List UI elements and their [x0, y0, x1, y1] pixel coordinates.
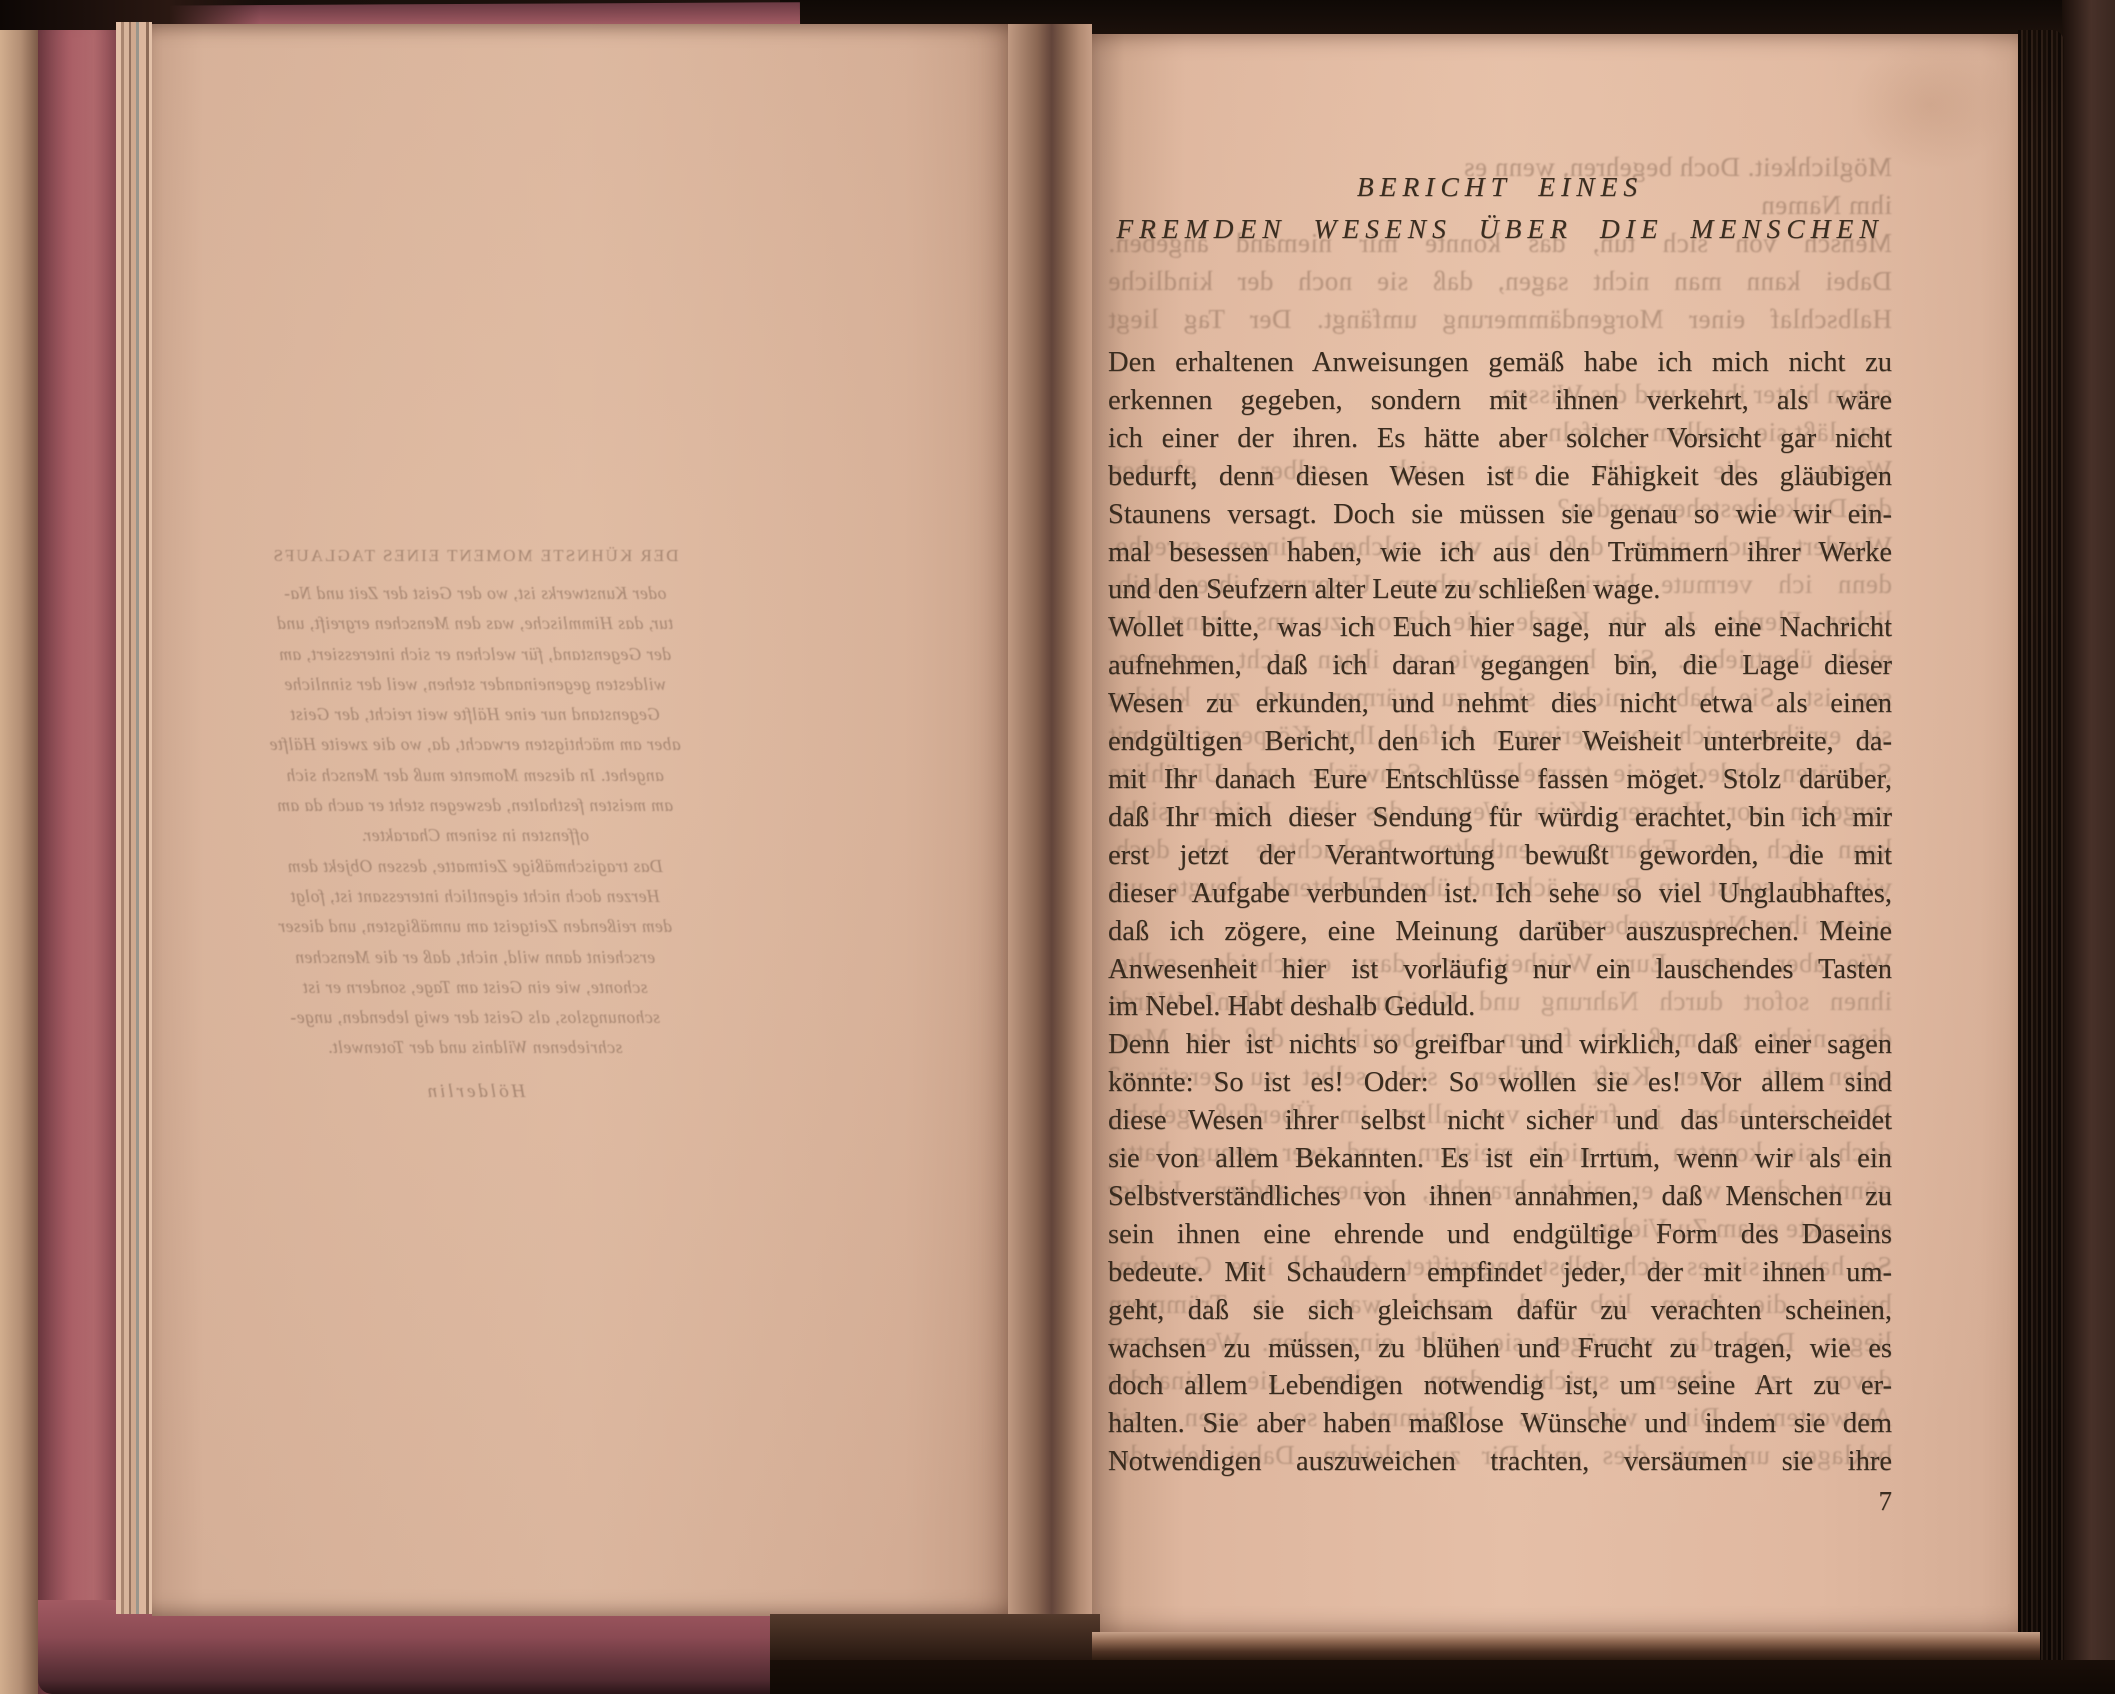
body-line: aufnehmen, daß ich daran gegangen bin, d… — [1108, 647, 1892, 685]
left-page — [152, 24, 1008, 1616]
body-line: endgültigen Bericht, den ich Eurer Weish… — [1108, 723, 1892, 761]
body-line: wachsen zu müssen, zu blühen und Frucht … — [1108, 1330, 1892, 1368]
paper-stain — [1850, 40, 2010, 170]
chapter-title-line-2: FREMDEN WESENS ÜBER DIE MENSCHEN — [1108, 208, 1892, 250]
body-line: halten. Sie aber haben maßlose Wünsche u… — [1108, 1405, 1892, 1443]
body-line: daß Ihr mich dieser Sendung für würdig e… — [1108, 799, 1892, 837]
page-edge-stack-left — [116, 22, 152, 1614]
body-line: mal besessen haben, wie ich aus den Trüm… — [1108, 534, 1892, 572]
body-line: doch allem Lebendigen notwendig ist, um … — [1108, 1367, 1892, 1405]
body-line: daß ich zögere, eine Meinung darüber aus… — [1108, 913, 1892, 951]
body-line: erkennen gegeben, sondern mit ihnen verk… — [1108, 382, 1892, 420]
body-line: Wesen zu erkunden, und nehmt dies nicht … — [1108, 685, 1892, 723]
body-line: mit Ihr danach Eure Entschlüsse fassen m… — [1108, 761, 1892, 799]
book-spread-photo: DER KÜHNSTE MOMENT EINES TAGLAUFS oder K… — [0, 0, 2115, 1694]
body-line: könnte: So ist es! Oder: So wollen sie e… — [1108, 1064, 1892, 1102]
page-number: 7 — [1108, 1486, 1892, 1517]
body-line: bedurft, denn diesen Wesen ist die Fähig… — [1108, 458, 1892, 496]
bottom-shadow — [770, 1660, 2115, 1694]
book-gutter — [1008, 24, 1092, 1632]
body-line: Den erhaltenen Anweisungen gemäß habe ic… — [1108, 344, 1892, 382]
body-line: Denn hier ist nichts so greifbar und wir… — [1108, 1026, 1892, 1064]
body-line: bedeute. Mit Schaudern empfindet jeder, … — [1108, 1254, 1892, 1292]
body-line: erst jetzt der Verantwortung bewußt gewo… — [1108, 837, 1892, 875]
body-line: Anwesenheit hier ist vorläufig nur ein l… — [1108, 951, 1892, 989]
body-text: Den erhaltenen Anweisungen gemäß habe ic… — [1108, 344, 1892, 1481]
desk-surface — [0, 0, 38, 1694]
body-line: Selbstverständliches von ihnen annahmen,… — [1108, 1178, 1892, 1216]
body-line: Staunens versagt. Doch sie müssen sie ge… — [1108, 496, 1892, 534]
body-line: sie von allem Bekannten. Es ist ein Irrt… — [1108, 1140, 1892, 1178]
body-line: geht, daß sie sich gleichsam dafür zu ve… — [1108, 1292, 1892, 1330]
body-line: diese Wesen ihrer selbst nicht sicher un… — [1108, 1102, 1892, 1140]
body-line: dieser Aufgabe verbunden ist. Ich sehe s… — [1108, 875, 1892, 913]
body-line: sein ihnen eine ehrende und endgültige F… — [1108, 1216, 1892, 1254]
body-line: Notwendigen auszuweichen trachten, versä… — [1108, 1443, 1892, 1481]
page-edge-stack-right — [2018, 30, 2064, 1670]
body-line: im Nebel. Habt deshalb Geduld. — [1108, 988, 1892, 1026]
body-line: ich einer der ihren. Es hätte aber solch… — [1108, 420, 1892, 458]
body-line: und den Seufzern alter Leute zu schließe… — [1108, 571, 1892, 609]
book-cover-left-board — [38, 4, 118, 1694]
chapter-title-line-1: BERICHT EINES — [1108, 166, 1892, 208]
body-line: Wollet bitte, was ich Euch hier sage, nu… — [1108, 609, 1892, 647]
chapter-title: BERICHT EINES FREMDEN WESENS ÜBER DIE ME… — [1108, 166, 1892, 250]
background-right — [2062, 0, 2115, 1694]
